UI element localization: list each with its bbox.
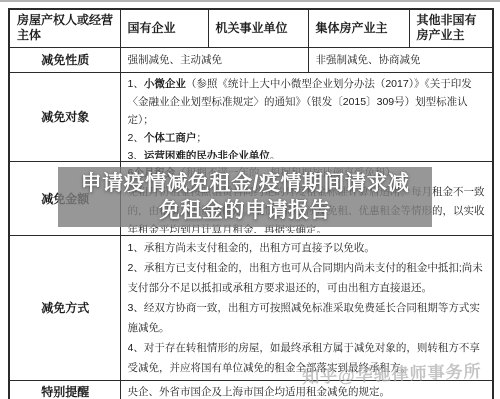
method-item-3: 3、经双方协商一致，出租方可按照减免标准采取免费延长合同租期等方式实施减免。 bbox=[128, 298, 487, 338]
target-item-2: 2、个体工商户； bbox=[128, 129, 487, 147]
target-item-2-detail: ； bbox=[196, 132, 207, 144]
header-cell-property-owner: 房屋产权人或经营主体 bbox=[9, 9, 120, 47]
method-item-1: 1、承租方尚未支付租金的，出租方可直接予以免收。 bbox=[128, 238, 487, 258]
row-label-methods: 减免方式 bbox=[9, 235, 120, 380]
nature-state-owned-cell: 强制减免、主动减免 bbox=[120, 47, 308, 72]
nature-non-state-text: 非强制减免、协商减免 bbox=[316, 51, 487, 69]
target-item-1-term: 小微企业 bbox=[144, 78, 186, 90]
target-item-1: 1、小微企业（参照《统计上大中小微型企业划分办法（2017）》《关于印发〈金融业… bbox=[128, 75, 487, 129]
target-item-3-term: 运营困难的民办非企业单位 bbox=[144, 150, 270, 159]
title-overlay-band: 申请疫情减免租金/疫情期间请求减 免租金的申请报告 bbox=[58, 167, 432, 227]
target-item-2-number: 2、 bbox=[128, 132, 144, 144]
header-cell-other-owner: 其他非国有房产业主 bbox=[409, 9, 493, 47]
table-header-row: 房屋产权人或经营主体 国有企业 机关事业单位 集体房产业主 其他非国有房产业主 bbox=[9, 9, 493, 47]
target-item-3: 3、运营困难的民办非企业单位。 bbox=[128, 147, 487, 159]
header-cell-state-enterprise: 国有企业 bbox=[120, 9, 208, 47]
nature-state-owned-text: 强制减免、主动减免 bbox=[128, 51, 302, 69]
row-label-nature: 减免性质 bbox=[9, 47, 120, 72]
nature-non-state-cell: 非强制减免、协商减免 bbox=[308, 47, 493, 72]
row-nature: 减免性质 强制减免、主动减免 非强制减免、协商减免 bbox=[9, 47, 493, 72]
page-top-edge bbox=[0, 0, 500, 2]
overlay-title-line2: 免租金的申请报告 bbox=[159, 197, 331, 224]
target-item-3-number: 3、 bbox=[128, 150, 144, 159]
target-item-3-detail: 。 bbox=[270, 150, 281, 159]
row-label-reminder: 特别提醒 bbox=[9, 380, 120, 399]
row-targets: 减免对象 1、小微企业（参照《统计上大中小微型企业划分办法（2017）》《关于印… bbox=[9, 72, 493, 161]
row-label-targets: 减免对象 bbox=[9, 72, 120, 161]
targets-cell: 1、小微企业（参照《统计上大中小微型企业划分办法（2017）》《关于印发〈金融业… bbox=[120, 72, 493, 161]
target-item-2-term: 个体工商户 bbox=[144, 132, 197, 144]
document-page: 房屋产权人或经营主体 国有企业 机关事业单位 集体房产业主 其他非国有房产业主 … bbox=[0, 0, 500, 399]
target-item-1-number: 1、 bbox=[128, 78, 144, 90]
method-item-2: 2、承租方已支付租金的，出租方也可从合同期内尚未支付的租金中抵扣;尚未支付部分不… bbox=[128, 258, 487, 298]
overlay-title-line1: 申请疫情减免租金/疫情期间请求减 bbox=[81, 170, 410, 197]
header-cell-collective-owner: 集体房产业主 bbox=[308, 9, 409, 47]
header-cell-government-institution: 机关事业单位 bbox=[208, 9, 308, 47]
